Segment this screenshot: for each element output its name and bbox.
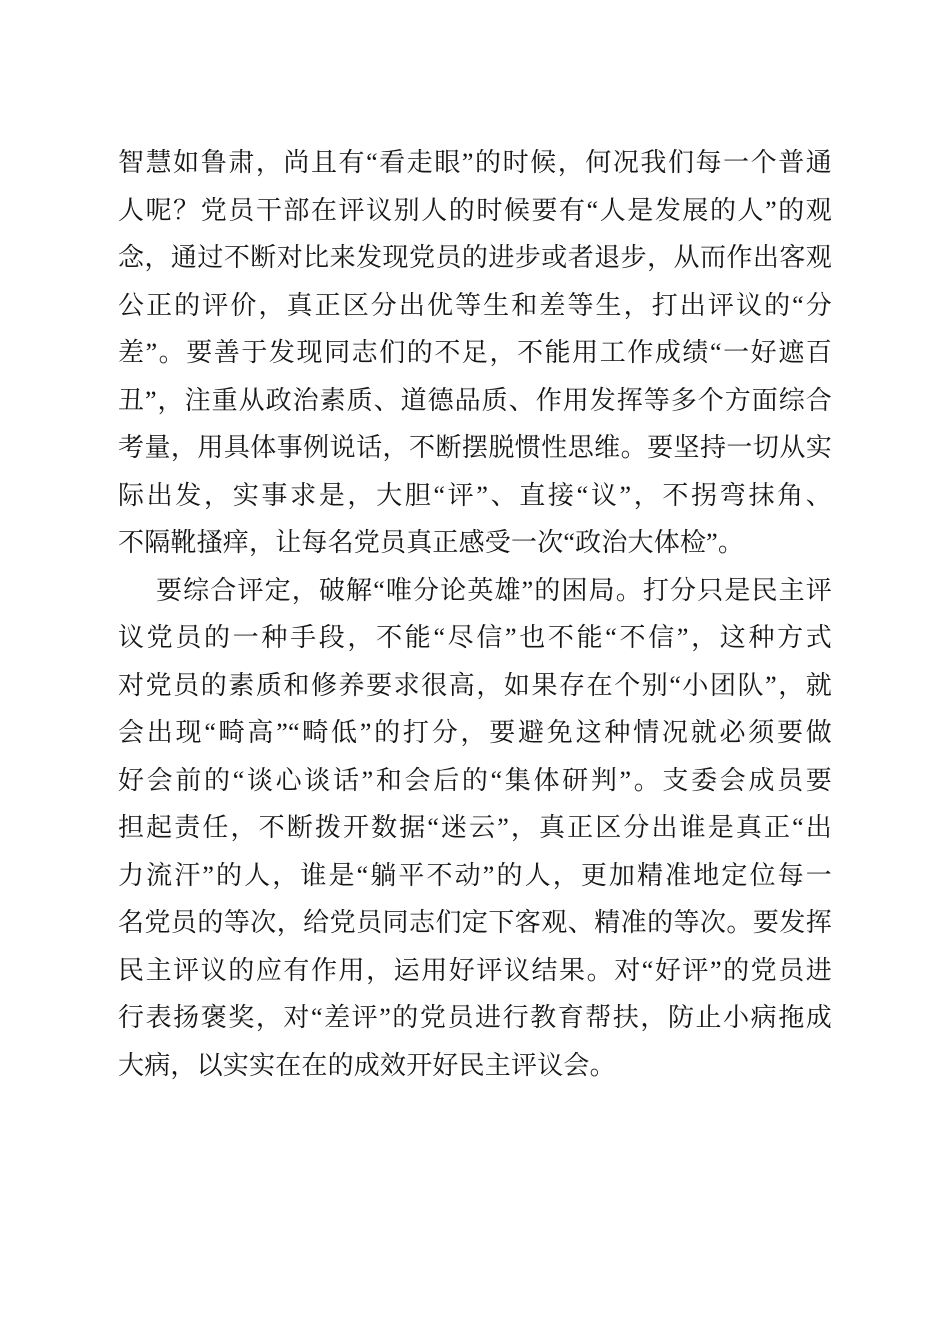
text-line: 际出发，实事求是，大胆“评”、直接“议”，不拐弯抹角、: [118, 472, 832, 520]
paragraph: 智慧如鲁肃，尚且有“看走眼”的时候，何况我们每一个普通人呢？党员干部在评议别人的…: [118, 139, 832, 567]
text-line: 行表扬褒奖，对“差评”的党员进行教育帮扶，防止小病拖成: [118, 994, 832, 1042]
text-line: 力流汗”的人，谁是“躺平不动”的人，更加精准地定位每一: [118, 852, 832, 900]
text-line: 民主评议的应有作用，运用好评议结果。对“好评”的党员进: [118, 947, 832, 995]
text-line: 不隔靴搔痒，让每名党员真正感受一次“政治大体检”。: [118, 519, 832, 567]
text-line: 人呢？党员干部在评议别人的时候要有“人是发展的人”的观: [118, 187, 832, 235]
text-line: 议党员的一种手段，不能“尽信”也不能“不信”，这种方式: [118, 614, 832, 662]
text-line: 公正的评价，真正区分出优等生和差等生，打出评议的“分: [118, 282, 832, 330]
text-line: 好会前的“谈心谈话”和会后的“集体研判”。支委会成员要: [118, 757, 832, 805]
text-line: 要综合评定，破解“唯分论英雄”的困局。打分只是民主评: [118, 567, 832, 615]
text-line: 念，通过不断对比来发现党员的进步或者退步，从而作出客观: [118, 234, 832, 282]
text-line: 对党员的素质和修养要求很高，如果存在个别“小团队”，就: [118, 662, 832, 710]
text-line: 名党员的等次，给党员同志们定下客观、精准的等次。要发挥: [118, 899, 832, 947]
text-line: 智慧如鲁肃，尚且有“看走眼”的时候，何况我们每一个普通: [118, 139, 832, 187]
text-line: 丑”，注重从政治素质、道德品质、作用发挥等多个方面综合: [118, 377, 832, 425]
text-line: 考量，用具体事例说话，不断摆脱惯性思维。要坚持一切从实: [118, 424, 832, 472]
document-body: 智慧如鲁肃，尚且有“看走眼”的时候，何况我们每一个普通人呢？党员干部在评议别人的…: [118, 139, 832, 1089]
text-line: 差”。要善于发现同志们的不足，不能用工作成绩“一好遮百: [118, 329, 832, 377]
paragraph: 要综合评定，破解“唯分论英雄”的困局。打分只是民主评议党员的一种手段，不能“尽信…: [118, 567, 832, 1090]
text-line: 会出现“畸高”“畸低”的打分，要避免这种情况就必须要做: [118, 709, 832, 757]
text-line: 大病，以实实在在的成效开好民主评议会。: [118, 1042, 832, 1090]
text-line: 担起责任，不断拨开数据“迷云”，真正区分出谁是真正“出: [118, 804, 832, 852]
document-page: 智慧如鲁肃，尚且有“看走眼”的时候，何况我们每一个普通人呢？党员干部在评议别人的…: [0, 0, 950, 1344]
